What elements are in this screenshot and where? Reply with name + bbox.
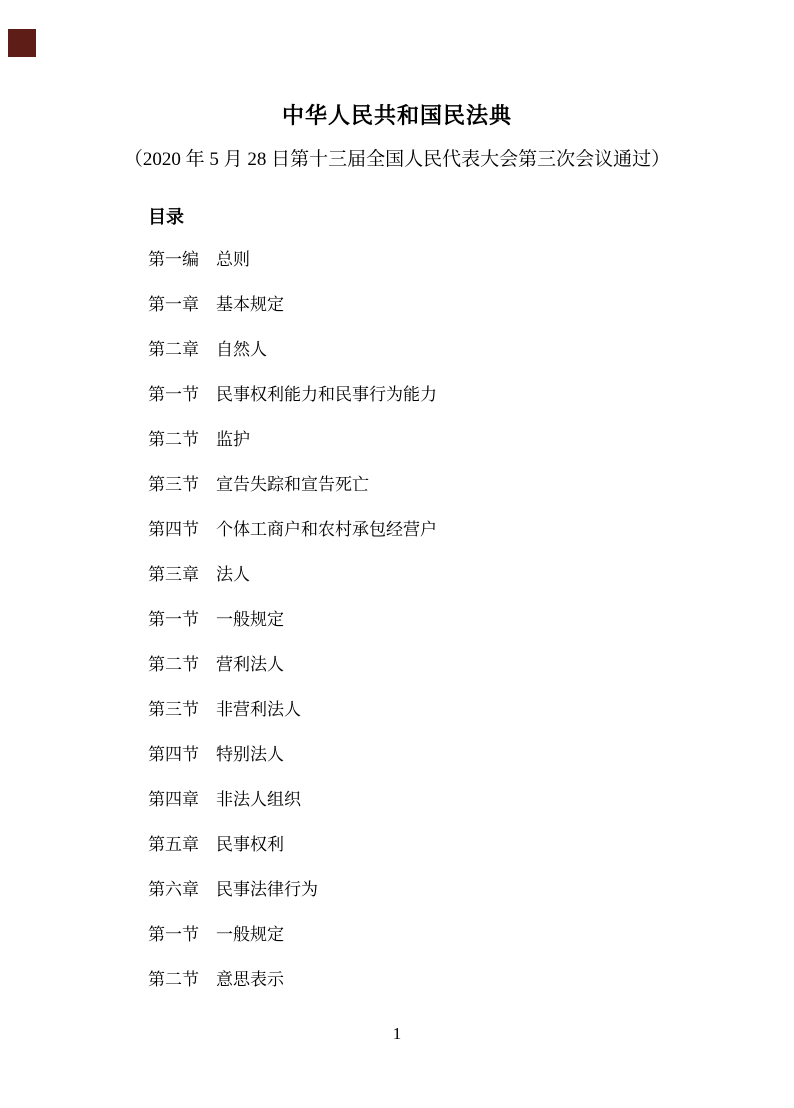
toc-entry-label: 第一编 [148, 245, 199, 270]
toc-entry-label: 第一章 [148, 290, 199, 315]
toc-entry-label: 第一节 [148, 920, 199, 945]
toc-entry: 第五章 民事权利 [148, 820, 794, 865]
toc-entry-label: 第五章 [148, 830, 199, 855]
toc-entry: 第一章 基本规定 [148, 280, 794, 325]
toc-entry: 第一节 民事权利能力和民事行为能力 [148, 370, 794, 415]
toc-entry-title: 一般规定 [216, 920, 284, 945]
toc-entry-title: 自然人 [216, 335, 267, 360]
toc-entry-title: 宣告失踪和宣告死亡 [216, 470, 369, 495]
toc-entry-label: 第二章 [148, 335, 199, 360]
toc-entry-title: 法人 [216, 560, 250, 585]
toc-entry-label: 第四节 [148, 515, 199, 540]
toc-entry: 第一编 总则 [148, 235, 794, 280]
toc-entry: 第三节 宣告失踪和宣告死亡 [148, 460, 794, 505]
toc-entry-title: 个体工商户和农村承包经营户 [216, 515, 437, 540]
toc-entry: 第三章 法人 [148, 550, 794, 595]
toc-entry-title: 总则 [216, 245, 250, 270]
toc-entry: 第二节 营利法人 [148, 640, 794, 685]
toc-entry-title: 特别法人 [216, 740, 284, 765]
toc-entry-label: 第四章 [148, 785, 199, 810]
toc-entry: 第三节 非营利法人 [148, 685, 794, 730]
toc-entry-label: 第二节 [148, 425, 199, 450]
toc-entry-title: 营利法人 [216, 650, 284, 675]
toc-entry-title: 非营利法人 [216, 695, 301, 720]
toc-entry-label: 第四节 [148, 740, 199, 765]
toc-entry-label: 第一节 [148, 380, 199, 405]
toc-entry: 第一节 一般规定 [148, 910, 794, 955]
toc-entry-label: 第二节 [148, 650, 199, 675]
toc-entry-title: 民事法律行为 [216, 875, 318, 900]
toc-entry-title: 意思表示 [216, 965, 284, 990]
page-number: 1 [0, 1024, 794, 1044]
toc-entry-title: 民事权利能力和民事行为能力 [216, 380, 437, 405]
toc-entry-title: 民事权利 [216, 830, 284, 855]
toc-entry-title: 非法人组织 [216, 785, 301, 810]
document-title: 中华人民共和国民法典 [0, 103, 794, 129]
toc-entry: 第二节 意思表示 [148, 955, 794, 1000]
toc-entry: 第二节 监护 [148, 415, 794, 460]
toc-list: 第一编 总则 第一章 基本规定 第二章 自然人 第一节 民事权利能力和民事行为能… [148, 235, 794, 1000]
toc-entry-title: 监护 [216, 425, 250, 450]
toc-entry-title: 基本规定 [216, 290, 284, 315]
toc-entry-label: 第六章 [148, 875, 199, 900]
toc-entry-label: 第一节 [148, 605, 199, 630]
toc-entry: 第四节 个体工商户和农村承包经营户 [148, 505, 794, 550]
toc-entry: 第四章 非法人组织 [148, 775, 794, 820]
toc-entry-label: 第二节 [148, 965, 199, 990]
red-square-marker [8, 29, 36, 57]
toc-heading: 目录 [148, 207, 794, 229]
toc-entry-label: 第三章 [148, 560, 199, 585]
toc-entry: 第二章 自然人 [148, 325, 794, 370]
toc-entry: 第一节 一般规定 [148, 595, 794, 640]
toc-entry-label: 第三节 [148, 695, 199, 720]
toc-entry-title: 一般规定 [216, 605, 284, 630]
toc-entry: 第四节 特别法人 [148, 730, 794, 775]
toc-entry-label: 第三节 [148, 470, 199, 495]
toc-entry: 第六章 民事法律行为 [148, 865, 794, 910]
document-subtitle: （2020 年 5 月 28 日第十三届全国人民代表大会第三次会议通过） [0, 147, 794, 173]
